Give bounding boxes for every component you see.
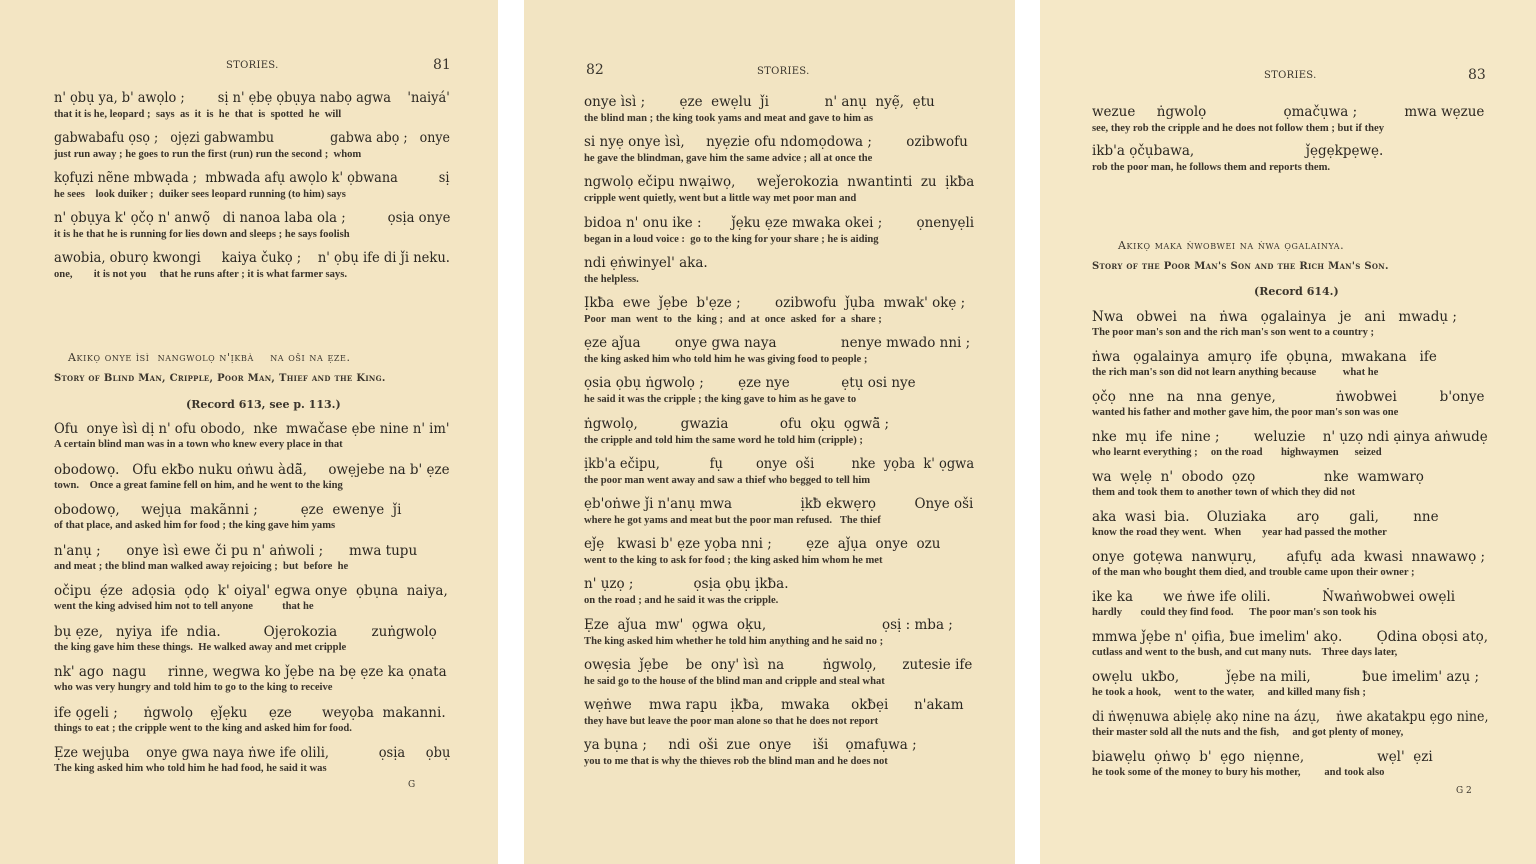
english-gloss-line: just run away ; he goes to run the first…: [54, 150, 361, 161]
record-reference: (Record 614.): [1254, 286, 1339, 297]
english-gloss-line: The king asked him whether he told him a…: [584, 637, 883, 648]
igbo-line: Ịkƀa ewe ǰẹbe b'ẹze ; ozibwofu ǰụba mwak…: [584, 297, 965, 311]
english-gloss-line: The poor man's son and the rich man's so…: [1092, 328, 1374, 339]
igbo-line: wẹṅwe mwa rapu ịkƀa, mwaka okƀẹi n'akam: [584, 699, 964, 713]
igbo-line: ịkb'a ečipu, fụ onye oši nke yọba k' ọgw…: [584, 458, 974, 472]
igbo-line: kọfụzi nẽne mbwạda ; mbwada afụ awọlo k'…: [54, 172, 449, 186]
page-number: 83: [1468, 67, 1486, 83]
english-gloss-line: town. Once a great famine fell on him, a…: [54, 481, 343, 492]
igbo-line: ikb'a ọčụbawa, ǰẹgẹkpẹwẹ.: [1092, 145, 1383, 159]
igbo-line: ṅgwolọ, gwazia ofu oḳu ọgwã̈ ;: [584, 418, 889, 432]
igbo-line: ọsia ọbụ ṅgwolọ ; ẹze nye ẹtụ osi nye: [584, 377, 916, 391]
english-gloss-line: the rich man's son did not learn anythin…: [1092, 368, 1378, 379]
english-gloss-line: where he got yams and meat but the poor …: [584, 516, 881, 527]
english-gloss-line: that it is he, leopard ; says as it is h…: [54, 110, 341, 121]
book-page-83: STORIES. 83 wezue ṅgwolọ ọmačụwa ; mwa w…: [1040, 0, 1536, 864]
english-gloss-line: he said it was the cripple ; the king ga…: [584, 395, 856, 406]
igbo-line: bụ ẹze, nyiya ife ndia. Ojẹrokozia zuṅgw…: [54, 626, 437, 640]
english-gloss-line: he sees look duiker ; duiker sees leopar…: [54, 190, 346, 201]
english-gloss-line: things to eat ; the cripple went to the …: [54, 724, 352, 735]
igbo-line: owẹlu ukƀo, ǰẹbe na mili, ƀue imelim' az…: [1092, 671, 1479, 685]
english-gloss-line: them and took them to another town of wh…: [1092, 488, 1355, 499]
igbo-line: očipu ẹ́ze adọsia ọdọ k' oiyal' egwa ony…: [54, 585, 448, 599]
english-gloss-line: he gave the blindman, gave him the same …: [584, 154, 872, 165]
english-gloss-line: the king gave him these things. He walke…: [54, 643, 346, 654]
igbo-line: obodowọ. Ofu ekƀo nuku oṅwu àdã̈, owẹjeb…: [54, 464, 450, 478]
igbo-line: ọčọ nne na nna genye, ṅwobwei b'onye: [1092, 391, 1484, 405]
igbo-line: ndi ẹṅwinyel' aka.: [584, 257, 708, 271]
igbo-line: ya bụna ; ndi oši zue onye iši ọmafụwa ;: [584, 739, 917, 753]
english-gloss-line: who learnt everything ; on the road high…: [1092, 448, 1382, 459]
english-gloss-line: he took some of the money to bury his mo…: [1092, 768, 1384, 779]
page-number: 81: [433, 57, 451, 73]
english-gloss-line: of the man who bought them died, and tro…: [1092, 568, 1415, 579]
english-gloss-line: the poor man went away and saw a thief w…: [584, 476, 870, 487]
page-number: 82: [586, 62, 604, 78]
english-gloss-line: cripple went quietly, went but a little …: [584, 194, 856, 205]
english-gloss-line: wanted his father and mother gave him, t…: [1092, 408, 1398, 419]
igbo-line: aka wasi bia. Oluziaka arọ gali, nne: [1092, 511, 1439, 525]
igbo-line: onye ìsì ; ẹze ewẹlu ǰi n' anụ nyẹ̃, ẹtu: [584, 96, 935, 110]
igbo-line: ẹb'oṅwe ǰi n'anụ mwa ịkƀ ekwẹrọ Onye oši: [584, 498, 973, 512]
story-title-english: Story of Blind Man, Cripple, Poor Man, T…: [54, 374, 386, 384]
english-gloss-line: the king asked him who told him he was g…: [584, 355, 867, 366]
running-header: STORIES.: [1264, 70, 1317, 81]
english-gloss-line: he took a hook, went to the water, and k…: [1092, 688, 1366, 699]
english-gloss-line: began in a loud voice : go to the king f…: [584, 235, 879, 246]
signature-mark: G 2: [1456, 786, 1472, 796]
english-gloss-line: went the king advised him not to tell an…: [54, 602, 314, 613]
english-gloss-line: cutlass and went to the bush, and cut ma…: [1092, 648, 1397, 659]
igbo-line: ike ka we ṅwe ife olili. Ṅwaṅwobwei owẹl…: [1092, 591, 1455, 605]
english-gloss-line: hardly could they find food. The poor ma…: [1092, 608, 1377, 619]
igbo-line: Ofu onye ìsì dị n' ofu obodo, nke mwačas…: [54, 423, 449, 437]
story-title-igbo: Akikọ onye ìsì nangwolọ n'ịkbà na oši na…: [68, 352, 351, 363]
igbo-line: n' ọbụya k' ọčọ n' anwọ̃ di nanoa laba o…: [54, 212, 450, 226]
igbo-line: ife ọgeli ; ṅgwolọ ẹǰẹku ẹze weyọba maka…: [54, 707, 446, 721]
igbo-line: nke mụ ife nine ; weluzie n' ụzọ ndi ạin…: [1092, 431, 1488, 445]
story-title-english: Story of the Poor Man's Son and the Rich…: [1092, 262, 1389, 272]
igbo-line: owẹsia ǰẹbe be ony' ìsì na ṅgwolọ, zutes…: [584, 659, 972, 673]
igbo-line: n'anụ ; onye ìsì ewe či pu n' aṅwoli ; m…: [54, 545, 417, 559]
english-gloss-line: you to me that is why the thieves rob th…: [584, 757, 888, 768]
igbo-line: wezue ṅgwolọ ọmačụwa ; mwa wẹzue: [1092, 106, 1484, 120]
igbo-line: biawẹlu ọṅwọ b' ẹgo niẹnne, wẹl' ẹzi: [1092, 751, 1433, 765]
english-gloss-line: the helpless.: [584, 275, 639, 286]
igbo-line: n' ụzọ ; ọsịa ọbụ ịkƀa.: [584, 578, 789, 592]
igbo-line: gabwabafu ọsọ ; ojẹzi gabwambu gabwa abọ…: [54, 132, 450, 146]
igbo-line: eǰẹ kwasi b' ẹze yọba nni ; ẹze aǰụa ony…: [584, 538, 940, 552]
english-gloss-line: Poor man went to the king ; and at once …: [584, 315, 882, 326]
english-gloss-line: went to the king to ask for food ; the k…: [584, 556, 883, 567]
english-gloss-line: the cripple and told him the same word h…: [584, 436, 863, 447]
record-reference: (Record 613, see p. 113.): [186, 399, 341, 410]
english-gloss-line: The king asked him who told him he had f…: [54, 764, 327, 775]
english-gloss-line: their master sold all the nuts and the f…: [1092, 728, 1403, 739]
running-header: STORIES.: [226, 60, 279, 71]
igbo-line: bidoa n' onu ike : ǰẹku ẹze mwaka okei ;…: [584, 217, 974, 231]
english-gloss-line: who was very hungry and told him to go t…: [54, 683, 332, 694]
igbo-line: si nyẹ onye ìsì, nyẹzie ofu ndomọdowa ; …: [584, 136, 968, 150]
igbo-line: ṅwa ọgalainya amụrọ ife ọbụna, mwakana i…: [1092, 351, 1437, 365]
igbo-line: Ẹze aǰua mw' ọgwa oḳu, ọsị : mba ;: [584, 619, 953, 633]
english-gloss-line: one, it is not you that he runs after ; …: [54, 270, 347, 281]
igbo-line: di ṅwẹnuwa abiẹlẹ akọ nine na ázụ, ṅwe a…: [1092, 711, 1488, 725]
english-gloss-line: and meat ; the blind man walked away rej…: [54, 562, 348, 573]
igbo-line: Nwa obwei na ṅwa ọgalainya je ani mwadụ …: [1092, 311, 1457, 325]
igbo-line: Ẹze wejụba onye gwa naya ṅwe ife olili, …: [54, 747, 450, 761]
english-gloss-line: rob the poor man, he follows them and re…: [1092, 163, 1330, 174]
running-header: STORIES.: [757, 66, 810, 77]
english-gloss-line: see, they rob the cripple and he does no…: [1092, 124, 1384, 135]
igbo-line: awobia, oburọ kwongi kaiya čukọ ; n' ọbụ…: [54, 252, 450, 266]
book-page-81: STORIES. 81 n' ọbụ ya, b' awọlo ; sị n' …: [0, 0, 498, 864]
english-gloss-line: he said go to the house of the blind man…: [584, 677, 885, 688]
book-page-82: 82 STORIES. onye ìsì ; ẹze ewẹlu ǰi n' a…: [524, 0, 1015, 864]
english-gloss-line: it is he that he is running for lies dow…: [54, 230, 350, 241]
story-title-igbo: Akikọ maka ṅwobwei na ṅwa ọgalainya.: [1118, 240, 1344, 251]
english-gloss-line: on the road ; and he said it was the cri…: [584, 596, 778, 607]
igbo-line: mmwa ǰẹbe n' ọifia, ƀue imelim' akọ. Ọdi…: [1092, 631, 1488, 645]
igbo-line: nk' ago nagu rinne, wegwa ko ǰẹbe na bẹ …: [54, 666, 447, 680]
igbo-line: obodowọ, wejụa makãnni ; ẹze ewenye ǰi: [54, 504, 401, 518]
english-gloss-line: they have but leave the poor man alone s…: [584, 717, 878, 728]
english-gloss-line: of that place, and asked him for food ; …: [54, 521, 335, 532]
igbo-line: ngwolọ ečipu nwạiwọ, weǰerokozia nwantin…: [584, 176, 974, 190]
signature-mark: G: [408, 780, 415, 790]
igbo-line: n' ọbụ ya, b' awọlo ; sị n' ẹbẹ ọbụya na…: [54, 92, 450, 106]
english-gloss-line: the blind man ; the king took yams and m…: [584, 114, 873, 125]
igbo-line: ẹze aǰua onye gwa naya nenye mwado nni ;: [584, 337, 970, 351]
english-gloss-line: A certain blind man was in a town who kn…: [54, 440, 343, 451]
english-gloss-line: know the road they went. When year had p…: [1092, 528, 1387, 539]
igbo-line: onye gotẹwa nanwụrụ, afụfụ ada kwasi nna…: [1092, 551, 1485, 565]
igbo-line: wa wẹlẹ n' obodo ọzọ nke wamwarọ: [1092, 471, 1424, 485]
